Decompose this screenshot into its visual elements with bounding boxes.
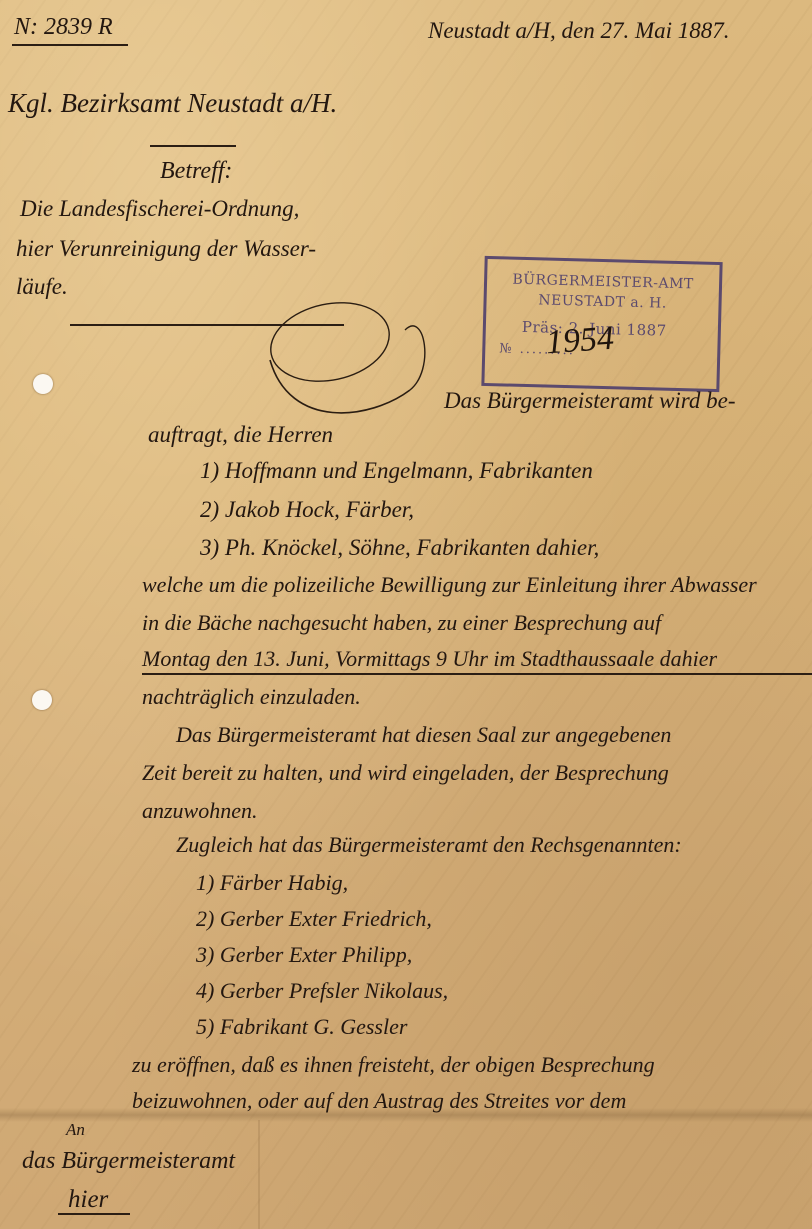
subject-line-2: hier Verunreinigung der Wasser- xyxy=(16,236,316,262)
stamp-office: BÜRGERMEISTER-AMT xyxy=(487,271,719,293)
body-line-2: auftragt, die Herren xyxy=(148,422,333,448)
body-meeting-date: Montag den 13. Juni, Vormittags 9 Uhr im… xyxy=(142,646,717,672)
addressee-office: Kgl. Bezirksamt Neustadt a/H. xyxy=(8,88,337,119)
body-item-2: 2) Jakob Hock, Färber, xyxy=(200,497,414,523)
closing-prefix: An xyxy=(66,1120,85,1140)
closing-recipient: das Bürgermeisteramt xyxy=(22,1148,235,1175)
body-line-13: Zugleich hat das Bürgermeisteramt den Re… xyxy=(176,832,682,858)
body-line-20: beizuwohnen, oder auf den Austrag des St… xyxy=(132,1088,626,1114)
body-line-6: welche um die polizeiliche Bewilligung z… xyxy=(142,572,757,598)
body-list2-item-5: 5) Fabrikant G. Gessler xyxy=(196,1014,407,1040)
body-line-9: nachträglich einzuladen. xyxy=(142,684,361,710)
punch-hole-bottom xyxy=(32,690,52,710)
body-line-7: in die Bäche nachgesucht haben, zu einer… xyxy=(142,610,661,636)
entry-number: 1954 xyxy=(545,320,615,363)
stamp-town: NEUSTADT a. H. xyxy=(486,291,718,313)
body-list2-item-3: 3) Gerber Exter Philipp, xyxy=(196,942,412,968)
subject-line-3: läufe. xyxy=(16,274,68,300)
body-item-1: 1) Hoffmann und Engelmann, Fabrikanten xyxy=(200,458,593,484)
body-list2-item-1: 1) Färber Habig, xyxy=(196,870,348,896)
body-line-19: zu eröffnen, daß es ihnen freisteht, der… xyxy=(132,1052,655,1078)
initial-flourish xyxy=(260,290,460,440)
subject-line-1: Die Landesfischerei-Ordnung, xyxy=(20,196,299,222)
reference-number: N: 2839 R xyxy=(14,14,113,41)
body-list2-item-4: 4) Gerber Prefsler Nikolaus, xyxy=(196,978,448,1004)
closing-location-underline xyxy=(58,1213,130,1215)
body-list2-item-2: 2) Gerber Exter Friedrich, xyxy=(196,906,432,932)
subject-top-rule xyxy=(150,145,236,147)
body-line-10: Das Bürgermeisteramt hat diesen Saal zur… xyxy=(176,722,671,748)
subject-label: Betreff: xyxy=(160,158,232,185)
closing-location: hier xyxy=(68,1186,108,1214)
place-date: Neustadt a/H, den 27. Mai 1887. xyxy=(428,18,730,44)
punch-hole-top xyxy=(33,374,53,394)
body-line-11: Zeit bereit zu halten, und wird eingelad… xyxy=(142,760,669,786)
body-line-1: Das Bürgermeisteramt wird be- xyxy=(444,388,736,414)
body-item-3: 3) Ph. Knöckel, Söhne, Fabrikanten dahie… xyxy=(200,535,599,561)
body-line-12: anzuwohnen. xyxy=(142,798,258,824)
meeting-date-underline xyxy=(142,673,812,675)
paper-vertical-crease xyxy=(258,1120,260,1229)
reference-underline xyxy=(12,44,128,46)
